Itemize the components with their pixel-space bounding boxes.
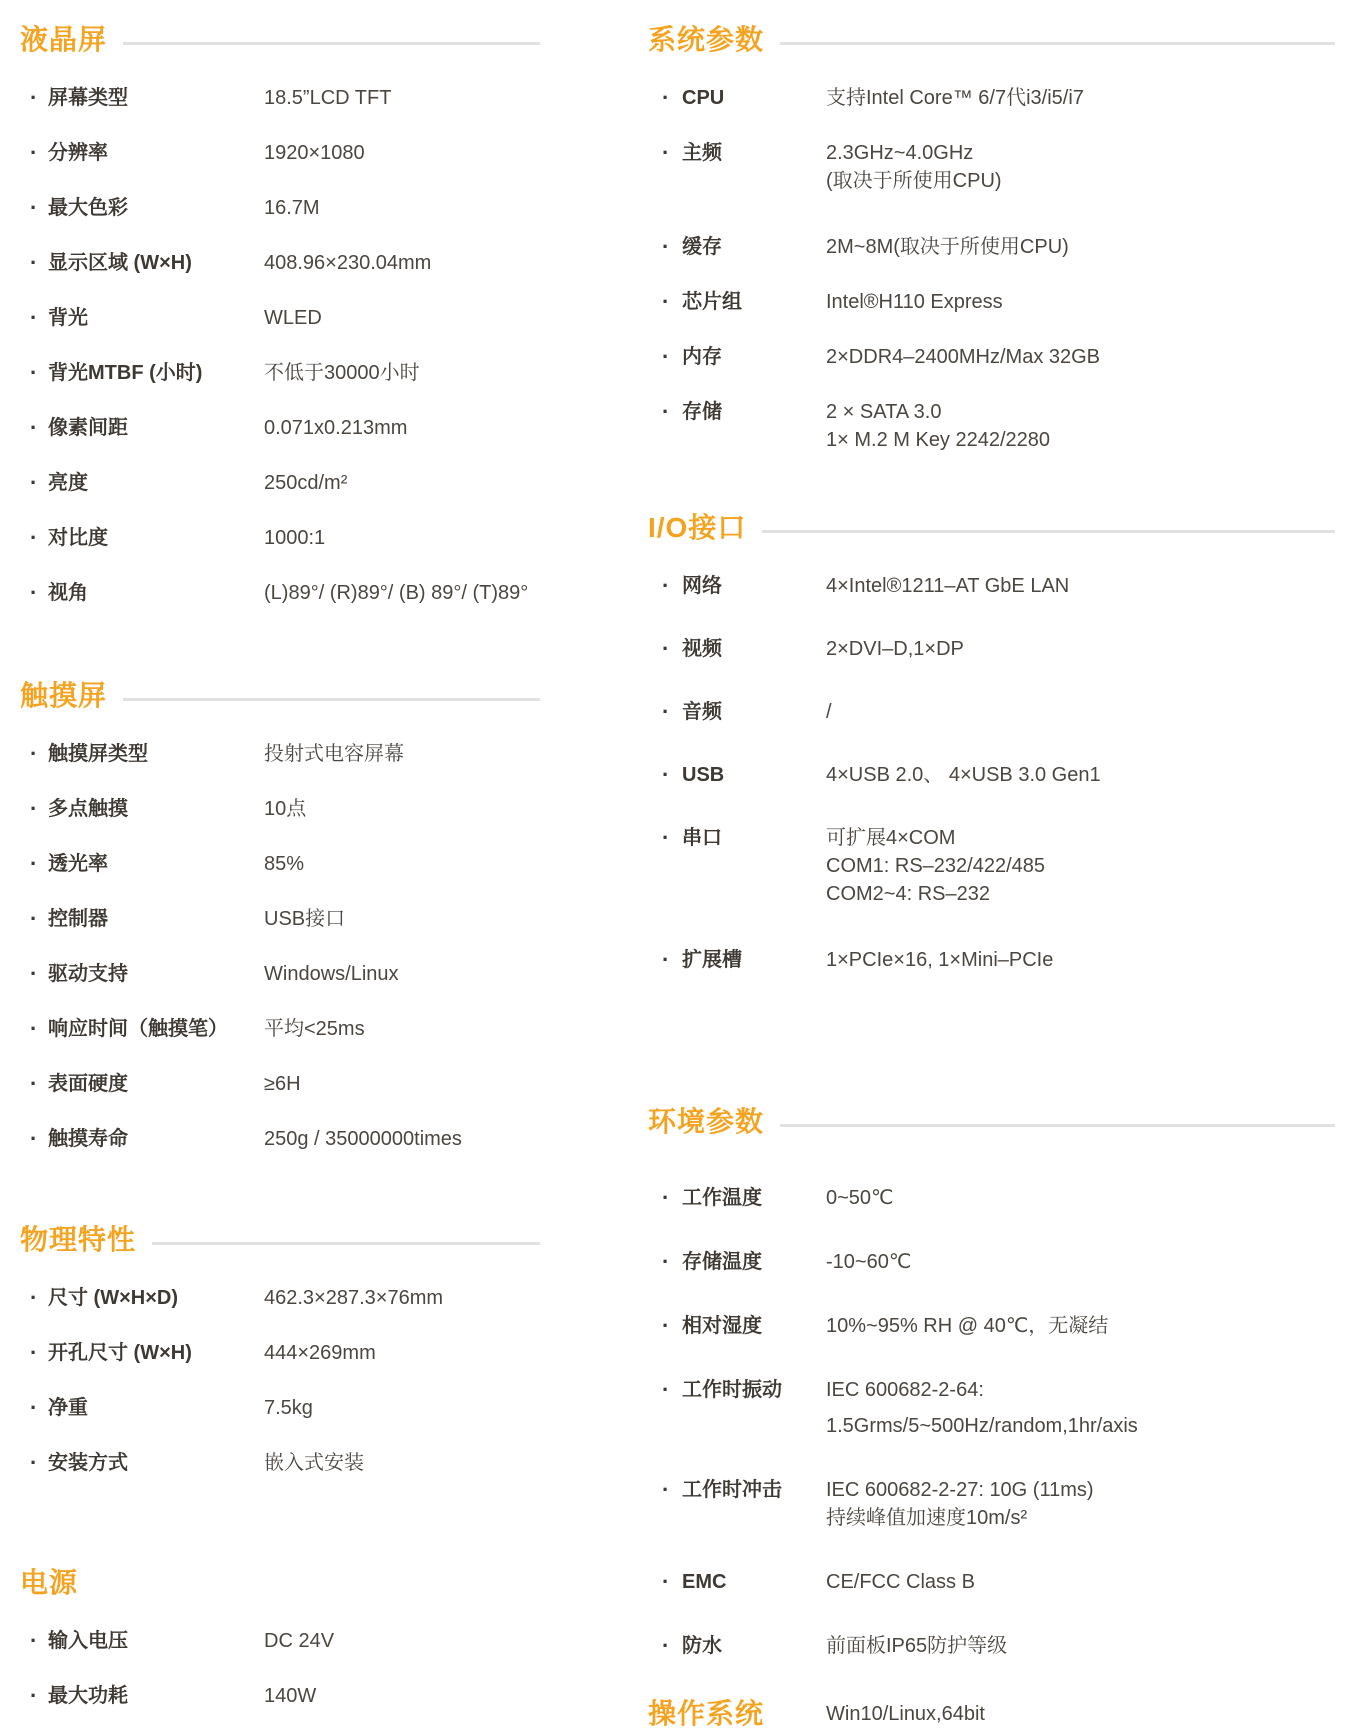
spec-value: 0~50℃ [826, 1187, 894, 1209]
spec-label: 内存 [682, 343, 826, 371]
section-io: I/O接口 · 网络 4×Intel®1211–AT GbE LAN · 视频 … [648, 510, 1335, 1009]
spec-value: 18.5”LCD TFT [264, 87, 391, 109]
spec-row: · 工作时振动 IEC 600682-2-64: 1.5Grms/5~500Hz… [648, 1376, 1335, 1440]
spec-row: · 像素间距 0.071x0.213mm [20, 414, 540, 442]
spec-label: 视角 [48, 579, 264, 607]
spec-label: 扩展槽 [682, 946, 826, 974]
bullet-dot: · [30, 194, 48, 222]
divider-line [780, 42, 1335, 45]
section-header: 物理特性 [20, 1222, 540, 1258]
spec-label: 屏幕类型 [48, 84, 264, 112]
bullet-dot: · [30, 1015, 48, 1043]
spec-value: 140W [264, 1685, 316, 1707]
spec-value: 408.96×230.04mm [264, 252, 431, 274]
divider-line [780, 1124, 1335, 1127]
spec-row: · 控制器 USB接口 [20, 905, 540, 933]
section-title: 物理特性 [20, 1222, 136, 1258]
spec-row: · 触摸屏类型 投射式电容屏幕 [20, 740, 540, 768]
bullet-dot: · [662, 288, 682, 316]
spec-value: DC 24V [264, 1630, 334, 1652]
spec-label: 触摸屏类型 [48, 740, 264, 768]
spec-rows: · 触摸屏类型 投射式电容屏幕 · 多点触摸 10点 · 透光率 85% · 控… [20, 740, 540, 1153]
spec-label: 亮度 [48, 469, 264, 497]
bullet-dot: · [662, 398, 682, 454]
spec-row: · 芯片组 Intel®H110 Express [648, 288, 1335, 316]
bullet-dot: · [30, 359, 48, 387]
section-system: 系统参数 · CPU 支持Intel Core™ 6/7代i3/i5/i7 · … [648, 22, 1335, 492]
spec-label: 触摸寿命 [48, 1125, 264, 1153]
spec-label: USB [682, 761, 826, 789]
spec-value: 250cd/m² [264, 472, 347, 494]
section-header: 系统参数 [648, 22, 1335, 58]
spec-value: 1× M.2 M Key 2242/2280 [826, 426, 1050, 454]
spec-row: · 输入电压 DC 24V [20, 1627, 540, 1655]
bullet-dot: · [30, 1449, 48, 1477]
spec-value: 嵌入式安装 [264, 1452, 364, 1474]
spec-row: · 背光 WLED [20, 304, 540, 332]
section-title: I/O接口 [648, 510, 746, 546]
bullet-dot: · [30, 524, 48, 552]
spec-label: 最大功耗 [48, 1682, 264, 1710]
spec-rows: · 尺寸 (W×H×D) 462.3×287.3×76mm · 开孔尺寸 (W×… [20, 1284, 540, 1477]
spec-value: 10%~95% RH @ 40℃，无凝结 [826, 1315, 1108, 1337]
spec-rows: · 屏幕类型 18.5”LCD TFT · 分辨率 1920×1080 · 最大… [20, 84, 540, 607]
spec-row: · 缓存 2M~8M(取决于所使用CPU) [648, 233, 1335, 261]
bullet-dot: · [662, 824, 682, 908]
spec-label: 音频 [682, 698, 826, 726]
spec-value: 2×DDR4–2400MHz/Max 32GB [826, 346, 1100, 368]
bullet-dot: · [662, 1312, 682, 1340]
spec-row: · 开孔尺寸 (W×H) 444×269mm [20, 1339, 540, 1367]
spec-label: 串口 [682, 824, 826, 908]
spec-label: 存储温度 [682, 1248, 826, 1276]
spec-value: 0.071x0.213mm [264, 417, 407, 439]
spec-value: 4×Intel®1211–AT GbE LAN [826, 575, 1069, 597]
spec-label: 多点触摸 [48, 795, 264, 823]
bullet-dot: · [30, 740, 48, 768]
spec-value: 持续峰值加速度10m/s² [826, 1504, 1094, 1532]
bullet-dot: · [662, 698, 682, 726]
spec-value: COM1: RS–232/422/485 [826, 852, 1045, 880]
spec-value: 16.7M [264, 197, 320, 219]
bullet-dot: · [30, 1284, 48, 1312]
spec-label: EMC [682, 1568, 826, 1596]
bullet-dot: · [662, 572, 682, 600]
bullet-dot: · [662, 1376, 682, 1440]
spec-row: · 内存 2×DDR4–2400MHz/Max 32GB [648, 343, 1335, 371]
spec-label: 净重 [48, 1394, 264, 1422]
bullet-dot: · [662, 635, 682, 663]
spec-row: · 工作温度 0~50℃ [648, 1184, 1335, 1212]
spec-row: · 串口 可扩展4×COM COM1: RS–232/422/485 COM2~… [648, 824, 1335, 908]
section-touch: 触摸屏 · 触摸屏类型 投射式电容屏幕 · 多点触摸 10点 · 透光率 85% [20, 678, 540, 1180]
divider-line [123, 698, 540, 701]
spec-row: · 视频 2×DVI–D,1×DP [648, 635, 1335, 663]
spec-value: 444×269mm [264, 1342, 376, 1364]
spec-label: 防水 [682, 1632, 826, 1660]
section-header: 电源 [20, 1565, 540, 1601]
spec-value: (L)89°/ (R)89°/ (B) 89°/ (T)89° [264, 582, 528, 604]
section-title: 系统参数 [648, 22, 764, 58]
spec-label: 透光率 [48, 850, 264, 878]
spec-row: · EMC CE/FCC Class B [648, 1568, 1335, 1596]
spec-value: IEC 600682-2-27: 10G (11ms) [826, 1476, 1094, 1504]
spec-value: WLED [264, 307, 322, 329]
divider-line [762, 530, 1335, 533]
spec-label: 存储 [682, 398, 826, 454]
spec-value: 1920×1080 [264, 142, 365, 164]
spec-value: 10点 [264, 798, 306, 820]
spec-label: 工作温度 [682, 1184, 826, 1212]
spec-label: 网络 [682, 572, 826, 600]
bullet-dot: · [662, 1568, 682, 1596]
spec-sheet-page: 液晶屏 · 屏幕类型 18.5”LCD TFT · 分辨率 1920×1080 … [0, 0, 1352, 1734]
spec-row: · 驱动支持 Windows/Linux [20, 960, 540, 988]
spec-row: · 触摸寿命 250g / 35000000times [20, 1125, 540, 1153]
right-column: 系统参数 · CPU 支持Intel Core™ 6/7代i3/i5/i7 · … [648, 22, 1335, 1734]
spec-row: · 扩展槽 1×PCIe×16, 1×Mini–PCIe [648, 946, 1335, 974]
spec-row: · 存储温度 -10~60℃ [648, 1248, 1335, 1276]
bullet-dot: · [30, 304, 48, 332]
spec-label: 视频 [682, 635, 826, 663]
bullet-dot: · [30, 84, 48, 112]
spec-value: 平均<25ms [264, 1018, 365, 1040]
section-title: 电源 [20, 1565, 78, 1601]
bullet-dot: · [30, 414, 48, 442]
spec-label: 芯片组 [682, 288, 826, 316]
spec-row: · 视角 (L)89°/ (R)89°/ (B) 89°/ (T)89° [20, 579, 540, 607]
spec-row: · 多点触摸 10点 [20, 795, 540, 823]
spec-row: · 主频 2.3GHz~4.0GHz (取决于所使用CPU) [648, 139, 1335, 195]
bullet-dot: · [30, 850, 48, 878]
divider-line [152, 1242, 540, 1245]
spec-row: · 工作时冲击 IEC 600682-2-27: 10G (11ms) 持续峰值… [648, 1476, 1335, 1532]
spec-row: · 最大色彩 16.7M [20, 194, 540, 222]
spec-value: 7.5kg [264, 1397, 313, 1419]
spec-row: · 尺寸 (W×H×D) 462.3×287.3×76mm [20, 1284, 540, 1312]
bullet-dot: · [30, 1682, 48, 1710]
spec-value: 2.3GHz~4.0GHz [826, 139, 1002, 167]
spec-row: · 背光MTBF (小时) 不低于30000小时 [20, 359, 540, 387]
spec-row: · 亮度 250cd/m² [20, 469, 540, 497]
spec-value: 2×DVI–D,1×DP [826, 638, 964, 660]
spec-rows: · 网络 4×Intel®1211–AT GbE LAN · 视频 2×DVI–… [648, 572, 1335, 974]
spec-value: 1000:1 [264, 527, 325, 549]
section-os: 操作系统 Win10/Linux,64bit [648, 1696, 1335, 1732]
spec-value: 4×USB 2.0、 4×USB 3.0 Gen1 [826, 764, 1101, 786]
spec-value: 85% [264, 853, 304, 875]
spec-row: · 显示区域 (W×H) 408.96×230.04mm [20, 249, 540, 277]
bullet-dot: · [30, 249, 48, 277]
spec-value: 1×PCIe×16, 1×Mini–PCIe [826, 949, 1053, 971]
section-title: 环境参数 [648, 1104, 764, 1140]
bullet-dot: · [30, 1394, 48, 1422]
spec-row: · 响应时间（触摸笔） 平均<25ms [20, 1015, 540, 1043]
section-title: 液晶屏 [20, 22, 107, 58]
spec-value: 2 × SATA 3.0 [826, 398, 1050, 426]
spec-value: Intel®H110 Express [826, 291, 1003, 313]
spec-value: COM2~4: RS–232 [826, 880, 1045, 908]
spec-label: 控制器 [48, 905, 264, 933]
spec-label: 响应时间（触摸笔） [48, 1015, 264, 1043]
spec-label: 分辨率 [48, 139, 264, 167]
spec-value: 462.3×287.3×76mm [264, 1287, 443, 1309]
spec-value: 前面板IP65防护等级 [826, 1635, 1007, 1657]
spec-rows: · 工作温度 0~50℃ · 存储温度 -10~60℃ · 相对湿度 10%~9… [648, 1184, 1335, 1660]
spec-row: · 相对湿度 10%~95% RH @ 40℃，无凝结 [648, 1312, 1335, 1340]
spec-value: (取决于所使用CPU) [826, 167, 1002, 195]
spec-label: 驱动支持 [48, 960, 264, 988]
spec-row: · 最大功耗 140W [20, 1682, 540, 1710]
left-column: 液晶屏 · 屏幕类型 18.5”LCD TFT · 分辨率 1920×1080 … [20, 22, 540, 1734]
spec-value: / [826, 701, 832, 723]
bullet-dot: · [662, 946, 682, 974]
section-physical: 物理特性 · 尺寸 (W×H×D) 462.3×287.3×76mm · 开孔尺… [20, 1222, 540, 1504]
spec-rows: · CPU 支持Intel Core™ 6/7代i3/i5/i7 · 主频 2.… [648, 84, 1335, 454]
section-title: 触摸屏 [20, 678, 107, 714]
bullet-dot: · [30, 1339, 48, 1367]
spec-label: 显示区域 (W×H) [48, 249, 264, 277]
bullet-dot: · [30, 469, 48, 497]
spec-label: 相对湿度 [682, 1312, 826, 1340]
section-environment: 环境参数 · 工作温度 0~50℃ · 存储温度 -10~60℃ · 相对湿度 … [648, 1104, 1335, 1696]
spec-value: ≥6H [264, 1073, 301, 1095]
bullet-dot: · [662, 139, 682, 195]
spec-label: 开孔尺寸 (W×H) [48, 1339, 264, 1367]
bullet-dot: · [662, 233, 682, 261]
spec-value: Windows/Linux [264, 963, 399, 985]
spec-value: 250g / 35000000times [264, 1128, 462, 1150]
bullet-dot: · [30, 795, 48, 823]
spec-row: · 存储 2 × SATA 3.0 1× M.2 M Key 2242/2280 [648, 398, 1335, 454]
os-row: 操作系统 Win10/Linux,64bit [648, 1696, 1335, 1732]
bullet-dot: · [30, 139, 48, 167]
bullet-dot: · [662, 1248, 682, 1276]
spec-value: Win10/Linux,64bit [826, 1696, 985, 1732]
spec-value: 投射式电容屏幕 [264, 743, 404, 765]
spec-row: · 分辨率 1920×1080 [20, 139, 540, 167]
bullet-dot: · [30, 905, 48, 933]
spec-row: · 透光率 85% [20, 850, 540, 878]
spec-value: 1.5Grms/5~500Hz/random,1hr/axis [826, 1412, 1138, 1440]
spec-label: 背光MTBF (小时) [48, 359, 264, 387]
bullet-dot: · [662, 1632, 682, 1660]
section-power: 电源 · 输入电压 DC 24V · 最大功耗 140W [20, 1565, 540, 1734]
section-header: 液晶屏 [20, 22, 540, 58]
spec-label: 工作时冲击 [682, 1476, 826, 1532]
bullet-dot: · [30, 960, 48, 988]
spec-label: 缓存 [682, 233, 826, 261]
spec-row: · 网络 4×Intel®1211–AT GbE LAN [648, 572, 1335, 600]
spec-row: · 安装方式 嵌入式安装 [20, 1449, 540, 1477]
spec-row: · 音频 / [648, 698, 1335, 726]
spec-label: CPU [682, 84, 826, 112]
section-header: I/O接口 [648, 510, 1335, 546]
spec-row: · 净重 7.5kg [20, 1394, 540, 1422]
spec-label: 对比度 [48, 524, 264, 552]
spec-value: CE/FCC Class B [826, 1571, 975, 1593]
bullet-dot: · [662, 343, 682, 371]
bullet-dot: · [662, 761, 682, 789]
spec-value: 不低于30000小时 [264, 362, 420, 384]
spec-value: 2M~8M(取决于所使用CPU) [826, 236, 1069, 258]
section-header: 环境参数 [648, 1104, 1335, 1140]
spec-rows: · 输入电压 DC 24V · 最大功耗 140W [20, 1627, 540, 1710]
spec-label: 安装方式 [48, 1449, 264, 1477]
spec-label: 主频 [682, 139, 826, 195]
bullet-dot: · [662, 1476, 682, 1532]
section-header: 触摸屏 [20, 678, 540, 714]
spec-value: IEC 600682-2-64: [826, 1376, 1138, 1404]
spec-row: · 防水 前面板IP65防护等级 [648, 1632, 1335, 1660]
bullet-dot: · [30, 1627, 48, 1655]
bullet-dot: · [662, 1184, 682, 1212]
spec-value: -10~60℃ [826, 1251, 911, 1273]
spec-value: USB接口 [264, 908, 345, 930]
spec-row: · 表面硬度 ≥6H [20, 1070, 540, 1098]
bullet-dot: · [30, 1070, 48, 1098]
spec-label: 背光 [48, 304, 264, 332]
spec-label: 表面硬度 [48, 1070, 264, 1098]
spec-label: 工作时振动 [682, 1376, 826, 1440]
spec-value: 可扩展4×COM [826, 824, 1045, 852]
section-lcd: 液晶屏 · 屏幕类型 18.5”LCD TFT · 分辨率 1920×1080 … [20, 22, 540, 634]
spec-label: 最大色彩 [48, 194, 264, 222]
bullet-dot: · [30, 579, 48, 607]
bullet-dot: · [30, 1125, 48, 1153]
divider-line [123, 42, 540, 45]
section-title: 操作系统 [648, 1696, 826, 1732]
spec-label: 尺寸 (W×H×D) [48, 1284, 264, 1312]
bullet-dot: · [662, 84, 682, 112]
spec-label: 输入电压 [48, 1627, 264, 1655]
spec-value: 支持Intel Core™ 6/7代i3/i5/i7 [826, 87, 1084, 109]
spec-row: · CPU 支持Intel Core™ 6/7代i3/i5/i7 [648, 84, 1335, 112]
spec-row: · 屏幕类型 18.5”LCD TFT [20, 84, 540, 112]
spec-row: · USB 4×USB 2.0、 4×USB 3.0 Gen1 [648, 761, 1335, 789]
spec-label: 像素间距 [48, 414, 264, 442]
spec-row: · 对比度 1000:1 [20, 524, 540, 552]
